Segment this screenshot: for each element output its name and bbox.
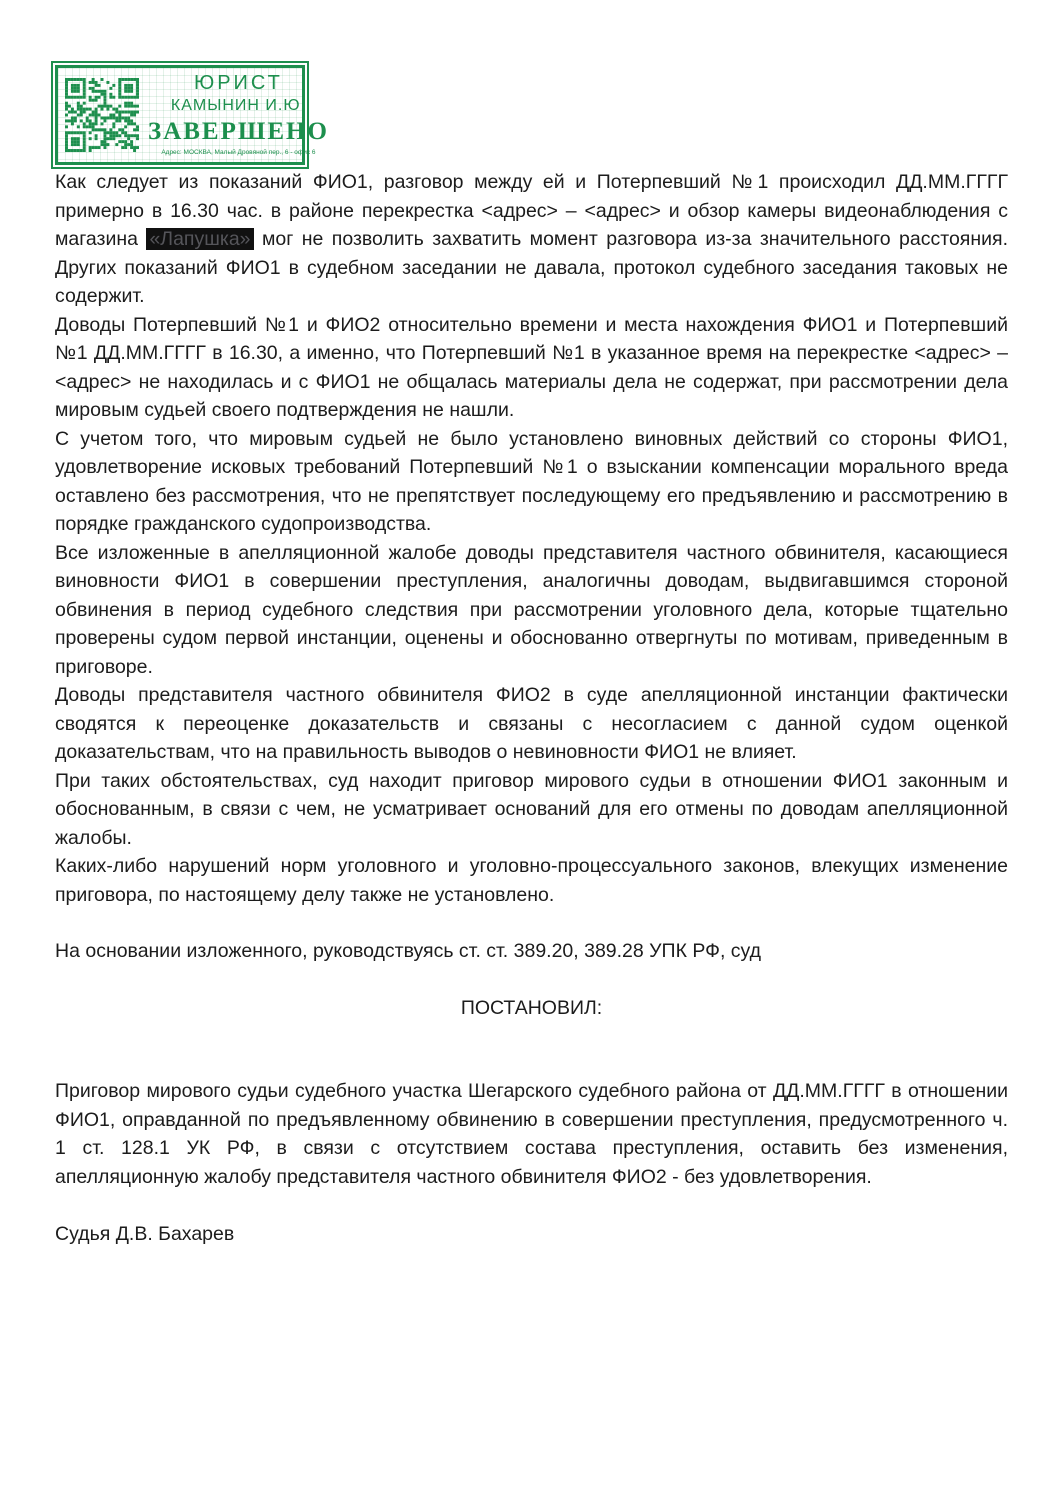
- paragraph-civil-claim: С учетом того, что мировым судьей не был…: [55, 425, 1008, 539]
- lawyer-stamp-inner: ЮРИСТ КАМЫНИН И.Ю. ЗАВЕРШЕНО Адрес: МОСК…: [55, 65, 305, 165]
- redacted-store-name: «Лапушка»: [146, 228, 253, 250]
- stamp-lawyer-name: КАМЫНИН И.Ю.: [148, 98, 329, 115]
- paragraph-testimony: Как следует из показаний ФИО1, разговор …: [55, 168, 1008, 311]
- judge-signature: Судья Д.В. Бахарев: [55, 1220, 1008, 1249]
- stamp-address: Адрес: МОСКВА, Малый Дровяной пер., 6 - …: [148, 150, 329, 157]
- paragraph-reassessment: Доводы представителя частного обвинителя…: [55, 681, 1008, 767]
- paragraph-appeal-arguments: Все изложенные в апелляционной жалобе до…: [55, 539, 1008, 682]
- paragraph-no-violations: Каких-либо нарушений норм уголовного и у…: [55, 852, 1008, 909]
- stamp-title: ЮРИСТ: [148, 73, 329, 94]
- qr-code-icon: [65, 78, 139, 152]
- lawyer-stamp: ЮРИСТ КАМЫНИН И.Ю. ЗАВЕРШЕНО Адрес: МОСК…: [51, 61, 309, 169]
- stamp-text-block: ЮРИСТ КАМЫНИН И.Ю. ЗАВЕРШЕНО Адрес: МОСК…: [148, 73, 329, 157]
- resolution-heading: ПОСТАНОВИЛ:: [55, 994, 1008, 1023]
- stamp-status: ЗАВЕРШЕНО: [148, 119, 329, 145]
- paragraph-conclusion: При таких обстоятельствах, суд находит п…: [55, 767, 1008, 853]
- document-body: Как следует из показаний ФИО1, разговор …: [55, 168, 1008, 1249]
- paragraph-arguments: Доводы Потерпевший №1 и ФИО2 относительн…: [55, 311, 1008, 425]
- legal-basis: На основании изложенного, руководствуясь…: [55, 937, 1008, 966]
- operative-part: Приговор мирового судьи судебного участк…: [55, 1077, 1008, 1191]
